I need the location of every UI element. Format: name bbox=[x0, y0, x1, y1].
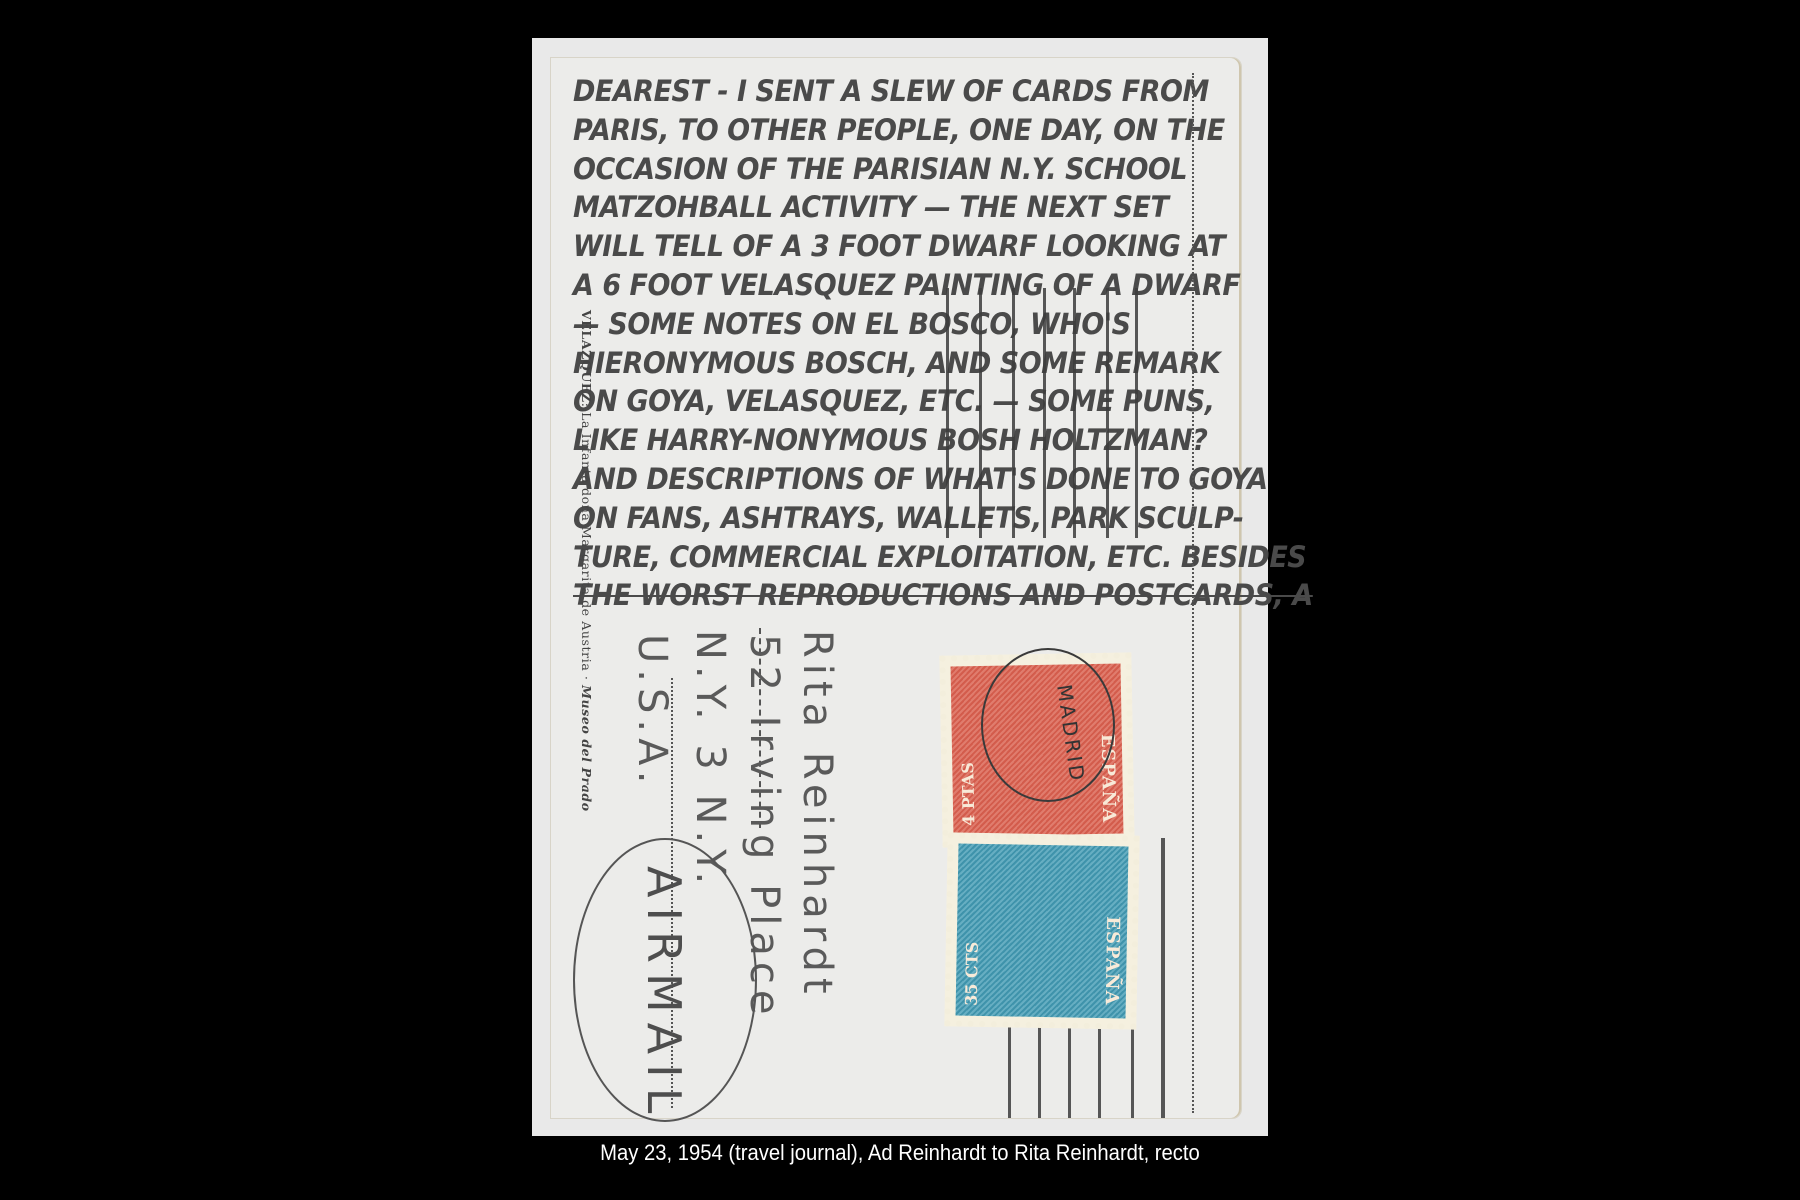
printed-artwork-caption: VELAZQUEZ: La Infanta doña Margarita de … bbox=[579, 310, 594, 812]
postmark-line bbox=[1012, 288, 1015, 538]
stamp-country: ESPAÑA bbox=[1101, 916, 1124, 1006]
postcard: Dearest - I sent a slew of cards from Pa… bbox=[550, 57, 1242, 1119]
postmark-line bbox=[1073, 288, 1076, 538]
handwritten-message: Dearest - I sent a slew of cards from Pa… bbox=[573, 72, 1178, 615]
separator: · bbox=[579, 671, 594, 685]
address-line-country: U.S.A. bbox=[629, 634, 675, 789]
message-line: on Goya, Velasquez, etc. — some puns, bbox=[573, 382, 1178, 421]
artwork-title: : La Infanta doña Margarita de Austria bbox=[579, 403, 594, 672]
message-line: Dearest - I sent a slew of cards from bbox=[573, 72, 1178, 111]
postmark-line bbox=[1161, 838, 1165, 1118]
image-caption: May 23, 1954 (travel journal), Ad Reinha… bbox=[72, 1140, 1728, 1166]
stamp-image: ESPAÑA 35 CTS bbox=[956, 844, 1129, 1019]
message-line: will tell of a 3 foot dwarf looking at bbox=[573, 227, 1178, 266]
message-line: like Harry-nonymous Bosh Holtzman? bbox=[573, 421, 1178, 460]
message-line: the worst reproductions and postcards, a bbox=[573, 576, 1178, 615]
artist-name: VELAZQUEZ bbox=[579, 310, 594, 403]
message-line: on fans, ashtrays, wallets, park sculp- bbox=[573, 499, 1178, 538]
postmark-line bbox=[979, 288, 982, 538]
message-line: and descriptions of what's done to Goya bbox=[573, 460, 1178, 499]
address-line-name: Rita Reinhardt bbox=[794, 630, 840, 1000]
postmark-line bbox=[1135, 288, 1138, 538]
postmark-line bbox=[1043, 288, 1046, 538]
message-line: occasion of the Parisian N.Y. school bbox=[573, 150, 1178, 189]
airmail-label: AIRMAIL bbox=[637, 866, 691, 1123]
postmark-line bbox=[946, 288, 949, 538]
museum-name: Museo del Prado bbox=[579, 685, 594, 812]
stamp-blue: ESPAÑA 35 CTS bbox=[944, 832, 1139, 1029]
message-line: Paris, to other people, one day, on the bbox=[573, 111, 1178, 150]
postmark-circle bbox=[981, 648, 1115, 802]
stamp-value: 4 PTAS bbox=[958, 762, 978, 826]
message-line: — some notes on El Bosco, who's bbox=[573, 305, 1178, 344]
message-line: ture, commercial exploitation, etc. besi… bbox=[573, 538, 1178, 577]
document-photo: Dearest - I sent a slew of cards from Pa… bbox=[532, 38, 1268, 1136]
message-line: Hieronymous Bosch, and some remark bbox=[573, 344, 1178, 383]
stamp-value: 35 CTS bbox=[962, 942, 982, 1006]
stamp-divider-line bbox=[1192, 73, 1194, 1113]
message-line: a 6 foot Velasquez painting of a dwarf bbox=[573, 266, 1178, 305]
postmark-line bbox=[1106, 288, 1109, 538]
message-line: matzohball activity — the next set bbox=[573, 188, 1178, 227]
